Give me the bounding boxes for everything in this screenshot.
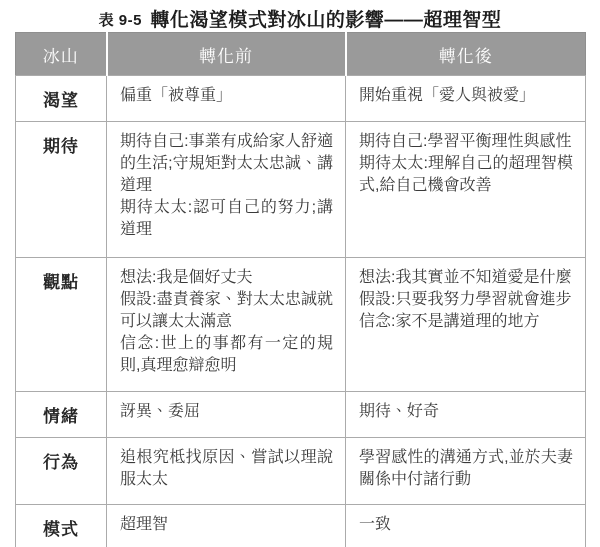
paragraph: 想法:我是個好丈夫 — [120, 267, 333, 289]
paragraph: 超理智 — [120, 514, 333, 536]
cell-behavior-before: 追根究柢找原因、嘗試以理說服太太 — [107, 438, 346, 505]
cell-mode-before: 超理智 — [107, 505, 346, 547]
paragraph: 開始重視「愛人與被愛」 — [359, 85, 573, 107]
table-caption: 表 9-5 轉化渴望模式對冰山的影響——超理智型 — [0, 0, 600, 31]
paragraph: 想法:我其實並不知道愛是什麼 — [359, 267, 573, 289]
paragraph: 期待太太:認可自己的努力;講道理 — [120, 197, 333, 241]
paragraph: 信念:家不是講道理的地方 — [359, 311, 573, 333]
cell-expectation-after: 期待自己:學習平衡理性與感性 期待太太:理解自己的超理智模式,給自己機會改善 — [346, 122, 586, 258]
paragraph: 偏重「被尊重」 — [120, 85, 333, 107]
cell-mode-after: 一致 — [346, 505, 586, 547]
table-row-mode: 模式 超理智 一致 — [16, 505, 586, 547]
col-header-after: 轉化後 — [346, 33, 586, 76]
cell-viewpoint-before: 想法:我是個好丈夫 假設:盡責養家、對太太忠誠就可以讓太太滿意 信念:世上的事都… — [107, 258, 346, 392]
cell-behavior-after: 學習感性的溝通方式,並於夫妻關係中付諸行動 — [346, 438, 586, 505]
row-label-desire: 渴望 — [16, 76, 107, 122]
row-label-behavior: 行為 — [16, 438, 107, 505]
table-row-viewpoint: 觀點 想法:我是個好丈夫 假設:盡責養家、對太太忠誠就可以讓太太滿意 信念:世上… — [16, 258, 586, 392]
cell-emotion-before: 訝異、委屈 — [107, 392, 346, 438]
table-row-behavior: 行為 追根究柢找原因、嘗試以理說服太太 學習感性的溝通方式,並於夫妻關係中付諸行… — [16, 438, 586, 505]
cell-expectation-before: 期待自己:事業有成給家人舒適的生活;守規矩對太太忠誠、講道理 期待太太:認可自己… — [107, 122, 346, 258]
paragraph: 期待太太:理解自己的超理智模式,給自己機會改善 — [359, 153, 573, 197]
table-row-desire: 渴望 偏重「被尊重」 開始重視「愛人與被愛」 — [16, 76, 586, 122]
table-caption-number: 表 9-5 — [99, 12, 142, 29]
row-label-emotion: 情緒 — [16, 392, 107, 438]
header-row: 冰山 轉化前 轉化後 — [16, 33, 586, 76]
paragraph: 追根究柢找原因、嘗試以理說服太太 — [120, 447, 333, 491]
table-row-emotion: 情緒 訝異、委屈 期待、好奇 — [16, 392, 586, 438]
row-label-viewpoint: 觀點 — [16, 258, 107, 392]
paragraph: 信念:世上的事都有一定的規則,真理愈辯愈明 — [120, 333, 333, 377]
row-label-expectation: 期待 — [16, 122, 107, 258]
cell-desire-before: 偏重「被尊重」 — [107, 76, 346, 122]
col-header-before: 轉化前 — [107, 33, 346, 76]
paragraph: 期待自己:事業有成給家人舒適的生活;守規矩對太太忠誠、講道理 — [120, 131, 333, 197]
paragraph: 一致 — [359, 514, 573, 536]
cell-viewpoint-after: 想法:我其實並不知道愛是什麼 假設:只要我努力學習就會進步 信念:家不是講道理的… — [346, 258, 586, 392]
table-caption-title: 轉化渴望模式對冰山的影響——超理智型 — [150, 10, 501, 31]
row-label-mode: 模式 — [16, 505, 107, 547]
paragraph: 假設:盡責養家、對太太忠誠就可以讓太太滿意 — [120, 289, 333, 333]
paragraph: 訝異、委屈 — [120, 401, 333, 423]
paragraph: 假設:只要我努力學習就會進步 — [359, 289, 573, 311]
cell-emotion-after: 期待、好奇 — [346, 392, 586, 438]
paragraph: 期待自己:學習平衡理性與感性 — [359, 131, 573, 153]
paragraph: 期待、好奇 — [359, 401, 573, 423]
paragraph: 學習感性的溝通方式,並於夫妻關係中付諸行動 — [359, 447, 573, 491]
iceberg-transformation-table: 冰山 轉化前 轉化後 渴望 偏重「被尊重」 開始重視「愛人與被愛」 期待 期待自… — [15, 32, 586, 547]
cell-desire-after: 開始重視「愛人與被愛」 — [346, 76, 586, 122]
col-header-iceberg: 冰山 — [16, 33, 107, 76]
book-page: 表 9-5 轉化渴望模式對冰山的影響——超理智型 冰山 轉化前 轉化後 渴望 偏… — [0, 0, 600, 547]
table-row-expectation: 期待 期待自己:事業有成給家人舒適的生活;守規矩對太太忠誠、講道理 期待太太:認… — [16, 122, 586, 258]
